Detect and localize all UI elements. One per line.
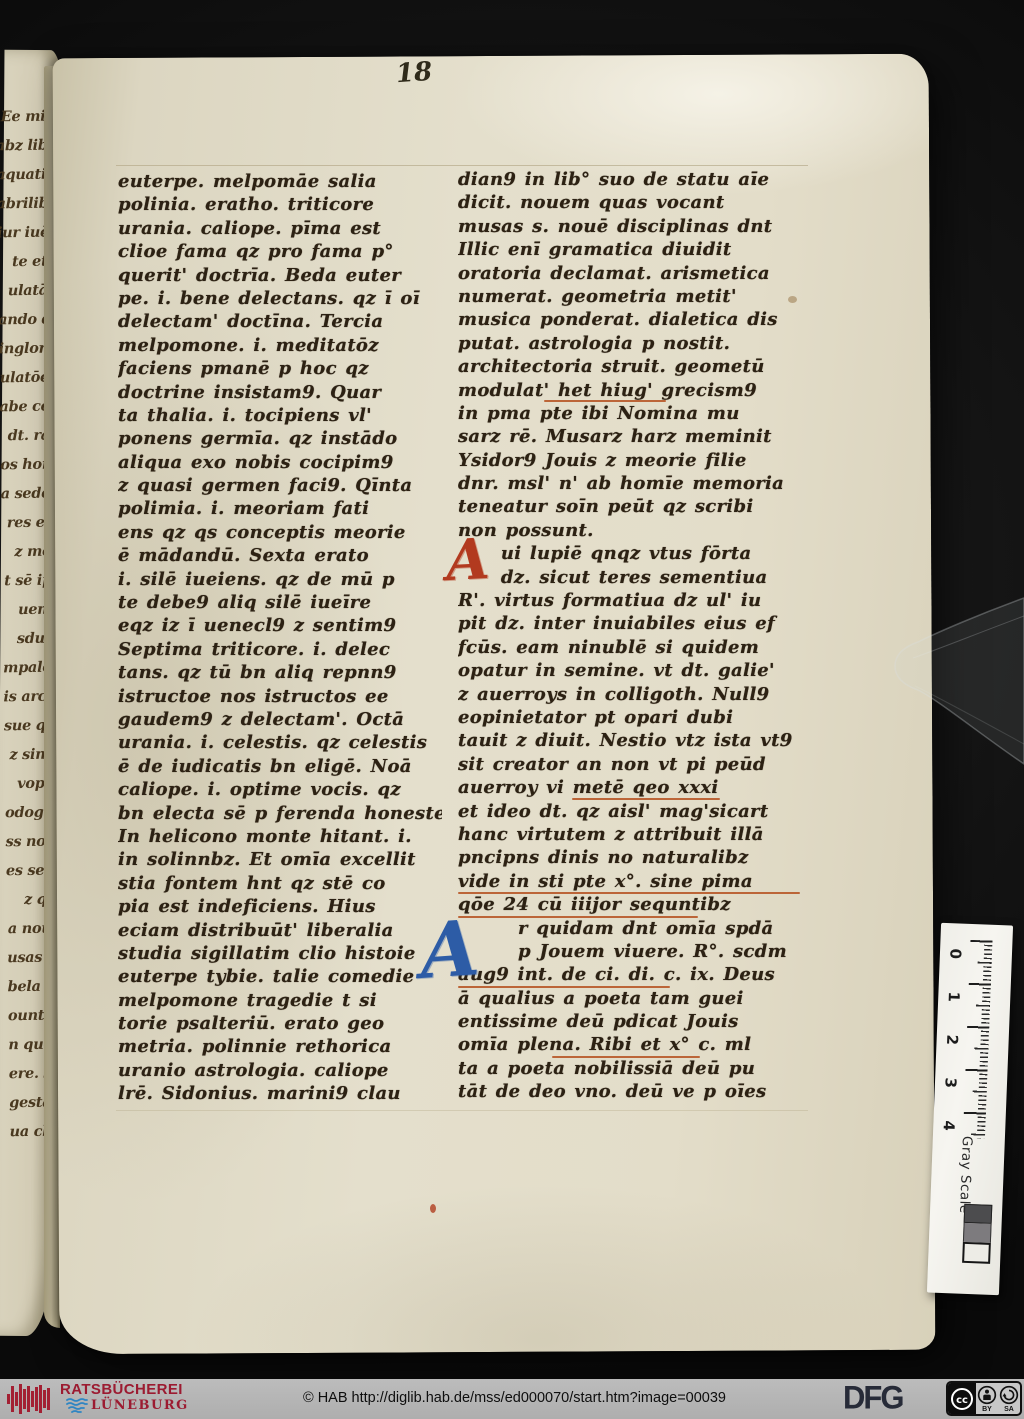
manuscript-line: fcūs. eam ninublē si quidem xyxy=(458,636,808,659)
facing-page-text-fragment: Ee mi xyxy=(0,102,46,132)
manuscript-line: metria. polinnie rethorica xyxy=(118,1035,442,1058)
red-underline xyxy=(458,892,800,894)
facing-page-text-fragment: os hortu xyxy=(0,450,50,480)
manuscript-line: hanc virtutem z attribuit illā xyxy=(458,823,808,846)
dfg-logo: DFG xyxy=(843,1379,902,1417)
manuscript-line: tāt de deo vno. deū ve p oīes xyxy=(458,1080,808,1103)
manuscript-line: architectoria struit. geometū xyxy=(458,355,808,378)
lueneburg-waves-icon xyxy=(66,1398,88,1413)
facing-page-text-fragment: dt. ra xyxy=(0,421,50,451)
manuscript-line: istructoe nos istructos ee xyxy=(118,685,442,708)
manuscript-line: clioe fama qz pro fama p° xyxy=(118,240,442,263)
page-holder-clip xyxy=(880,592,1024,770)
text-column-left: euterpe. melpomāe saliapolinia. eratho. … xyxy=(118,170,442,1110)
manuscript-line: ē mādandū. Sexta erato xyxy=(118,544,442,567)
photo-stage: Ee miabz libeaquatiabrilibziur iuēte etu… xyxy=(0,0,1024,1379)
manuscript-line: pncipns dinis no naturalibz xyxy=(458,846,808,869)
manuscript-line: z quasi germen faci9. Qīnta xyxy=(118,474,442,497)
manuscript-line: uranio astrologia. caliope xyxy=(118,1059,442,1082)
manuscript-line: z auerroys in colligoth. Null9 xyxy=(458,683,808,706)
gray-scale-ruler: 01234 Gray Scale xyxy=(927,923,1013,1295)
manuscript-line: in solinnbz. Et omīa excellit xyxy=(118,848,442,871)
manuscript-line: euterpe tybie. talie comedie xyxy=(118,965,442,988)
cc-by-label: BY xyxy=(982,1406,992,1413)
manuscript-line: ta a poeta nobilissiā deū pu xyxy=(458,1057,808,1080)
manuscript-line: lrē. Sidonius. marini9 clau xyxy=(118,1082,442,1105)
manuscript-line: In helicono monte hitant. i. xyxy=(118,825,442,848)
manuscript-line: eqz iz ī uenecl9 z sentim9 xyxy=(118,614,442,637)
manuscript-line: ā qualius a poeta tam guei xyxy=(458,987,808,1010)
attribution-link[interactable]: © HAB http://diglib.hab.de/mss/ed000070/… xyxy=(303,1390,726,1406)
red-underline xyxy=(458,986,670,988)
scan-frame: Ee miabz libeaquatiabrilibziur iuēte etu… xyxy=(0,0,1024,1419)
manuscript-line: entissime deū pdicat Jouis xyxy=(458,1010,808,1033)
cc-sa-label: SA xyxy=(1004,1406,1014,1413)
manuscript-line: teneatur soīn peūt qz scribi xyxy=(458,495,808,518)
ruler-numbers: 01234 xyxy=(939,932,967,1148)
manuscript-line: aliqua exo nobis cocipim9 xyxy=(118,451,442,474)
parchment-stain xyxy=(788,296,797,303)
manuscript-line: omīa plena. Ribi et x° c. ml xyxy=(458,1033,808,1056)
manuscript-line: urania. i. celestis. qz celestis xyxy=(118,731,442,754)
manuscript-line: urania. caliope. pīma est xyxy=(118,217,442,240)
manuscript-line: torie psalteriū. erato geo xyxy=(118,1012,442,1035)
folio-number: 18 xyxy=(395,57,433,89)
facing-page-text-fragment: abz libe xyxy=(0,131,46,161)
manuscript-line: dian9 in lib° suo de statu aīe xyxy=(458,168,808,191)
manuscript-line: pia est indeficiens. Hius xyxy=(118,895,442,918)
manuscript-line: musas s. nouē disciplinas dnt xyxy=(458,215,808,238)
manuscript-line: p Jouem viuere. R°. scdm xyxy=(458,940,808,963)
cc-license-badge[interactable]: cc BY SA xyxy=(946,1381,1022,1416)
manuscript-line: bn electa sē p ferenda honeste xyxy=(118,802,442,825)
gray-scale-patches xyxy=(962,1204,992,1264)
manuscript-line: ui lupiē qnqz vtus fōrta xyxy=(458,542,808,565)
red-underline xyxy=(552,1056,700,1058)
manuscript-line: melpomone. i. meditatōz xyxy=(118,334,442,357)
manuscript-line: R'. virtus formatiua dz ul' iu xyxy=(458,589,808,612)
manuscript-line: querit' doctrīa. Beda euter xyxy=(118,264,442,287)
red-ink-speck xyxy=(430,1204,436,1213)
manuscript-line: stia fontem hnt qz stē co xyxy=(118,872,442,895)
manuscript-line: gaudem9 z delectam'. Octā xyxy=(118,708,442,731)
gray-patch-mid xyxy=(963,1223,992,1243)
ruling-line-top xyxy=(116,165,808,166)
manuscript-line: sit creator an non vt pi peūd xyxy=(458,753,808,776)
manuscript-line: oratoria declamat. arismetica xyxy=(458,262,808,285)
library-logo-text: RATSBÜCHEREI LÜNEBURG xyxy=(60,1381,189,1413)
gray-patch-white xyxy=(962,1242,991,1264)
gray-scale-label: Gray Scale xyxy=(956,1136,975,1214)
rubricated-initial: A xyxy=(445,531,491,589)
blue-initial: A xyxy=(417,910,481,990)
manuscript-line: et ideo dt. qz aisl' mag'sicart xyxy=(458,800,808,823)
manuscript-line: caliope. i. optime vocis. qz xyxy=(118,778,442,801)
manuscript-line: auerroy vi metē qeo xxxi xyxy=(458,776,808,799)
cc-license-terms: BY SA xyxy=(976,1383,1020,1414)
red-underline xyxy=(544,400,666,402)
ruler-ticks-major xyxy=(963,940,992,1129)
manuscript-line: Illic enī gramatica diuidit xyxy=(458,238,808,261)
manuscript-line: pit dz. inter inuiabiles eius ef xyxy=(458,612,808,635)
manuscript-line: musica ponderat. dialetica dis xyxy=(458,308,808,331)
facing-page-text-fragment: abe cō xyxy=(0,392,50,422)
facing-page-text-fragment: ulatōe xyxy=(0,363,49,393)
manuscript-line: non possunt. xyxy=(458,519,808,542)
manuscript-line: modulat' het hiug' grecism9 xyxy=(458,379,808,402)
manuscript-line: delectam' doctīna. Tercia xyxy=(118,310,442,333)
manuscript-line: polimia. i. meoriam fati xyxy=(118,497,442,520)
manuscript-line: dicit. nouem quas vocant xyxy=(458,191,808,214)
svg-text:cc: cc xyxy=(956,1395,968,1406)
manuscript-line: pe. i. bene delectans. qz ī oī xyxy=(118,287,442,310)
facing-page-text-fragment: ulatā xyxy=(0,276,48,306)
manuscript-line: Septima triticore. i. delec xyxy=(118,638,442,661)
manuscript-line: faciens pmanē p hoc qz xyxy=(118,357,442,380)
red-underline xyxy=(458,916,698,918)
facing-page-text-fragment: ando dipē xyxy=(0,305,48,335)
facing-page-text-fragment: aquati xyxy=(0,160,46,190)
library-name: RATSBÜCHEREI xyxy=(60,1381,189,1398)
manuscript-line: euterpe. melpomāe salia xyxy=(118,170,442,193)
cc-by-icon xyxy=(977,1385,997,1405)
manuscript-line: r quidam dnt omīa spdā xyxy=(458,917,808,940)
manuscript-line: numerat. geometria metit' xyxy=(458,285,808,308)
manuscript-line: eciam distribuūt' liberalia xyxy=(118,919,442,942)
facing-page-text-fragment: abrilibz xyxy=(0,189,47,219)
manuscript-line: doctrine insistam9. Quar xyxy=(118,381,442,404)
manuscript-line: aug9 int. de ci. di. c. ix. Deus xyxy=(458,963,808,986)
manuscript-line: tans. qz tū bn aliq repnn9 xyxy=(118,661,442,684)
manuscript-line: tauit z diuit. Nestio vtz ista vt9 xyxy=(458,729,808,752)
manuscript-line: te debe9 aliq silē iueīre xyxy=(118,591,442,614)
manuscript-line: putat. astrologia p nostit. xyxy=(458,332,808,355)
manuscript-line: qōe 24 cū iiijor sequntibz xyxy=(458,893,808,916)
footer-bar: RATSBÜCHEREI LÜNEBURG © HAB http://digli… xyxy=(0,1379,1024,1419)
facing-page-text-fragment: te et xyxy=(0,247,48,277)
manuscript-line: ē de iudicatis bn eligē. Noā xyxy=(118,755,442,778)
manuscript-line: melpomone tragedie t si xyxy=(118,989,442,1012)
manuscript-line: studia sigillatim clio histoie xyxy=(118,942,442,965)
manuscript-line: i. silē iueiens. qz de mū p xyxy=(118,568,442,591)
manuscript-line: Ysidor9 Jouis z meorie filie xyxy=(458,449,808,472)
manuscript-line: vide in sti pte x°. sine pima xyxy=(458,870,808,893)
manuscript-line: sarz rē. Musarz harz meminit xyxy=(458,425,808,448)
manuscript-line: ta thalia. i. tocipiens vl' xyxy=(118,404,442,427)
facing-page-text-fragment: iur iuē xyxy=(0,218,47,248)
manuscript-line: ens qz qs conceptis meorie xyxy=(118,521,442,544)
ratsbuecherei-logo-bars xyxy=(6,1382,52,1416)
manuscript-line: dnr. msl' n' ab homīe memoria xyxy=(458,472,808,495)
manuscript-line: eopinietator pt opari dubi xyxy=(458,706,808,729)
facing-page-text-fragment: inglorz xyxy=(0,334,49,364)
manuscript-line: opatur in semine. vt dt. galie' xyxy=(458,659,808,682)
gray-patch-dark xyxy=(964,1204,993,1224)
manuscript-line: polinia. eratho. triticore xyxy=(118,193,442,216)
library-city: LÜNEBURG xyxy=(91,1398,189,1413)
manuscript-line: dz. sicut teres sementiua xyxy=(458,566,808,589)
manuscript-line: ponens germīa. qz instādo xyxy=(118,427,442,450)
manuscript-line: in pma pte ibi Nomina mu xyxy=(458,402,808,425)
text-column-right: dian9 in lib° suo de statu aīedicit. nou… xyxy=(458,168,808,1112)
cc-sa-icon xyxy=(999,1385,1019,1405)
red-underline xyxy=(572,798,720,800)
cc-icon: cc xyxy=(948,1383,976,1414)
